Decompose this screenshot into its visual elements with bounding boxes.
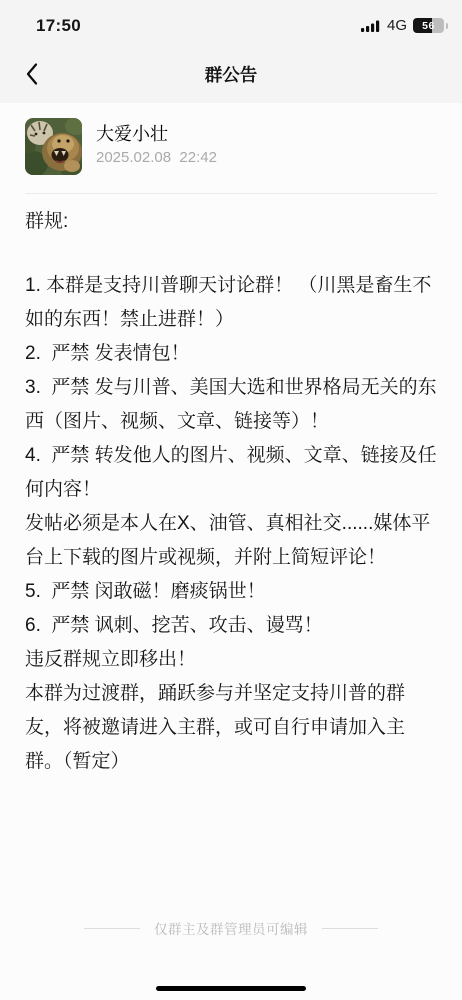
announcement-paragraph: 3. 严禁 发与川普、美国大选和世界格局无关的东西（图片、视频、文章、链接等）！ (25, 371, 437, 439)
announcement-timestamp: 2025.02.08 22:42 (96, 147, 217, 169)
announcement-author-row: 大爱小壮 2025.02.08 22:42 (0, 103, 462, 193)
author-avatar (25, 118, 82, 175)
chevron-left-icon (21, 62, 43, 89)
announcement-body: 群规:1. 本群是支持川普聊天讨论群！ （川黑是畜生不如的东西！禁止进群！）2.… (0, 194, 462, 779)
battery-percent: 56 (422, 20, 435, 32)
footer-rule-left (84, 928, 140, 929)
network-type-label: 4G (387, 17, 407, 34)
home-indicator[interactable] (156, 986, 306, 991)
back-button[interactable] (16, 59, 48, 91)
author-name: 大爱小壮 (96, 121, 217, 147)
announcement-paragraph: 发帖必须是本人在X、油管、真相社交......媒体平台上下载的图片或视频，并附上… (25, 507, 437, 575)
announcement-paragraph: 违反群规立即移出！ (25, 643, 437, 677)
battery-icon: 56 (413, 18, 444, 33)
group-announcement-screen: 17:50 4G 56 (0, 0, 462, 1000)
clock: 17:50 (36, 16, 81, 36)
announcement-paragraph: 1. 本群是支持川普聊天讨论群！ （川黑是畜生不如的东西！禁止进群！） (25, 269, 437, 337)
battery-cap (446, 23, 449, 29)
announcement-paragraph: 本群为过渡群，踊跃参与并坚定支持川普的群友，将被邀请进入主群，或可自行申请加入主… (25, 677, 437, 779)
status-bar: 17:50 4G 56 (0, 0, 462, 45)
edit-permission-footer: 仅群主及群管理员可编辑 (0, 918, 462, 938)
announcement-paragraph: 2. 严禁 发表情包！ (25, 337, 437, 371)
author-meta: 大爱小壮 2025.02.08 22:42 (96, 118, 217, 169)
announcement-paragraph (25, 239, 437, 269)
cellular-signal-icon (361, 19, 381, 32)
lion-tiger-photo-icon (25, 118, 82, 175)
nav-bar: 群公告 (0, 45, 462, 103)
page-title: 群公告 (205, 62, 258, 87)
status-bar-right: 4G 56 (361, 17, 444, 34)
announcement-paragraph: 4. 严禁 转发他人的图片、视频、文章、链接及任何内容！ (25, 439, 437, 507)
footer-note: 仅群主及群管理员可编辑 (154, 918, 308, 938)
announcement-paragraph: 5. 严禁 闵敢磁！磨痰锅世！ (25, 575, 437, 609)
announcement-paragraph: 群规: (25, 205, 437, 239)
footer-rule-right (322, 928, 378, 929)
announcement-paragraph: 6. 严禁 讽刺、挖苦、攻击、谩骂！ (25, 609, 437, 643)
